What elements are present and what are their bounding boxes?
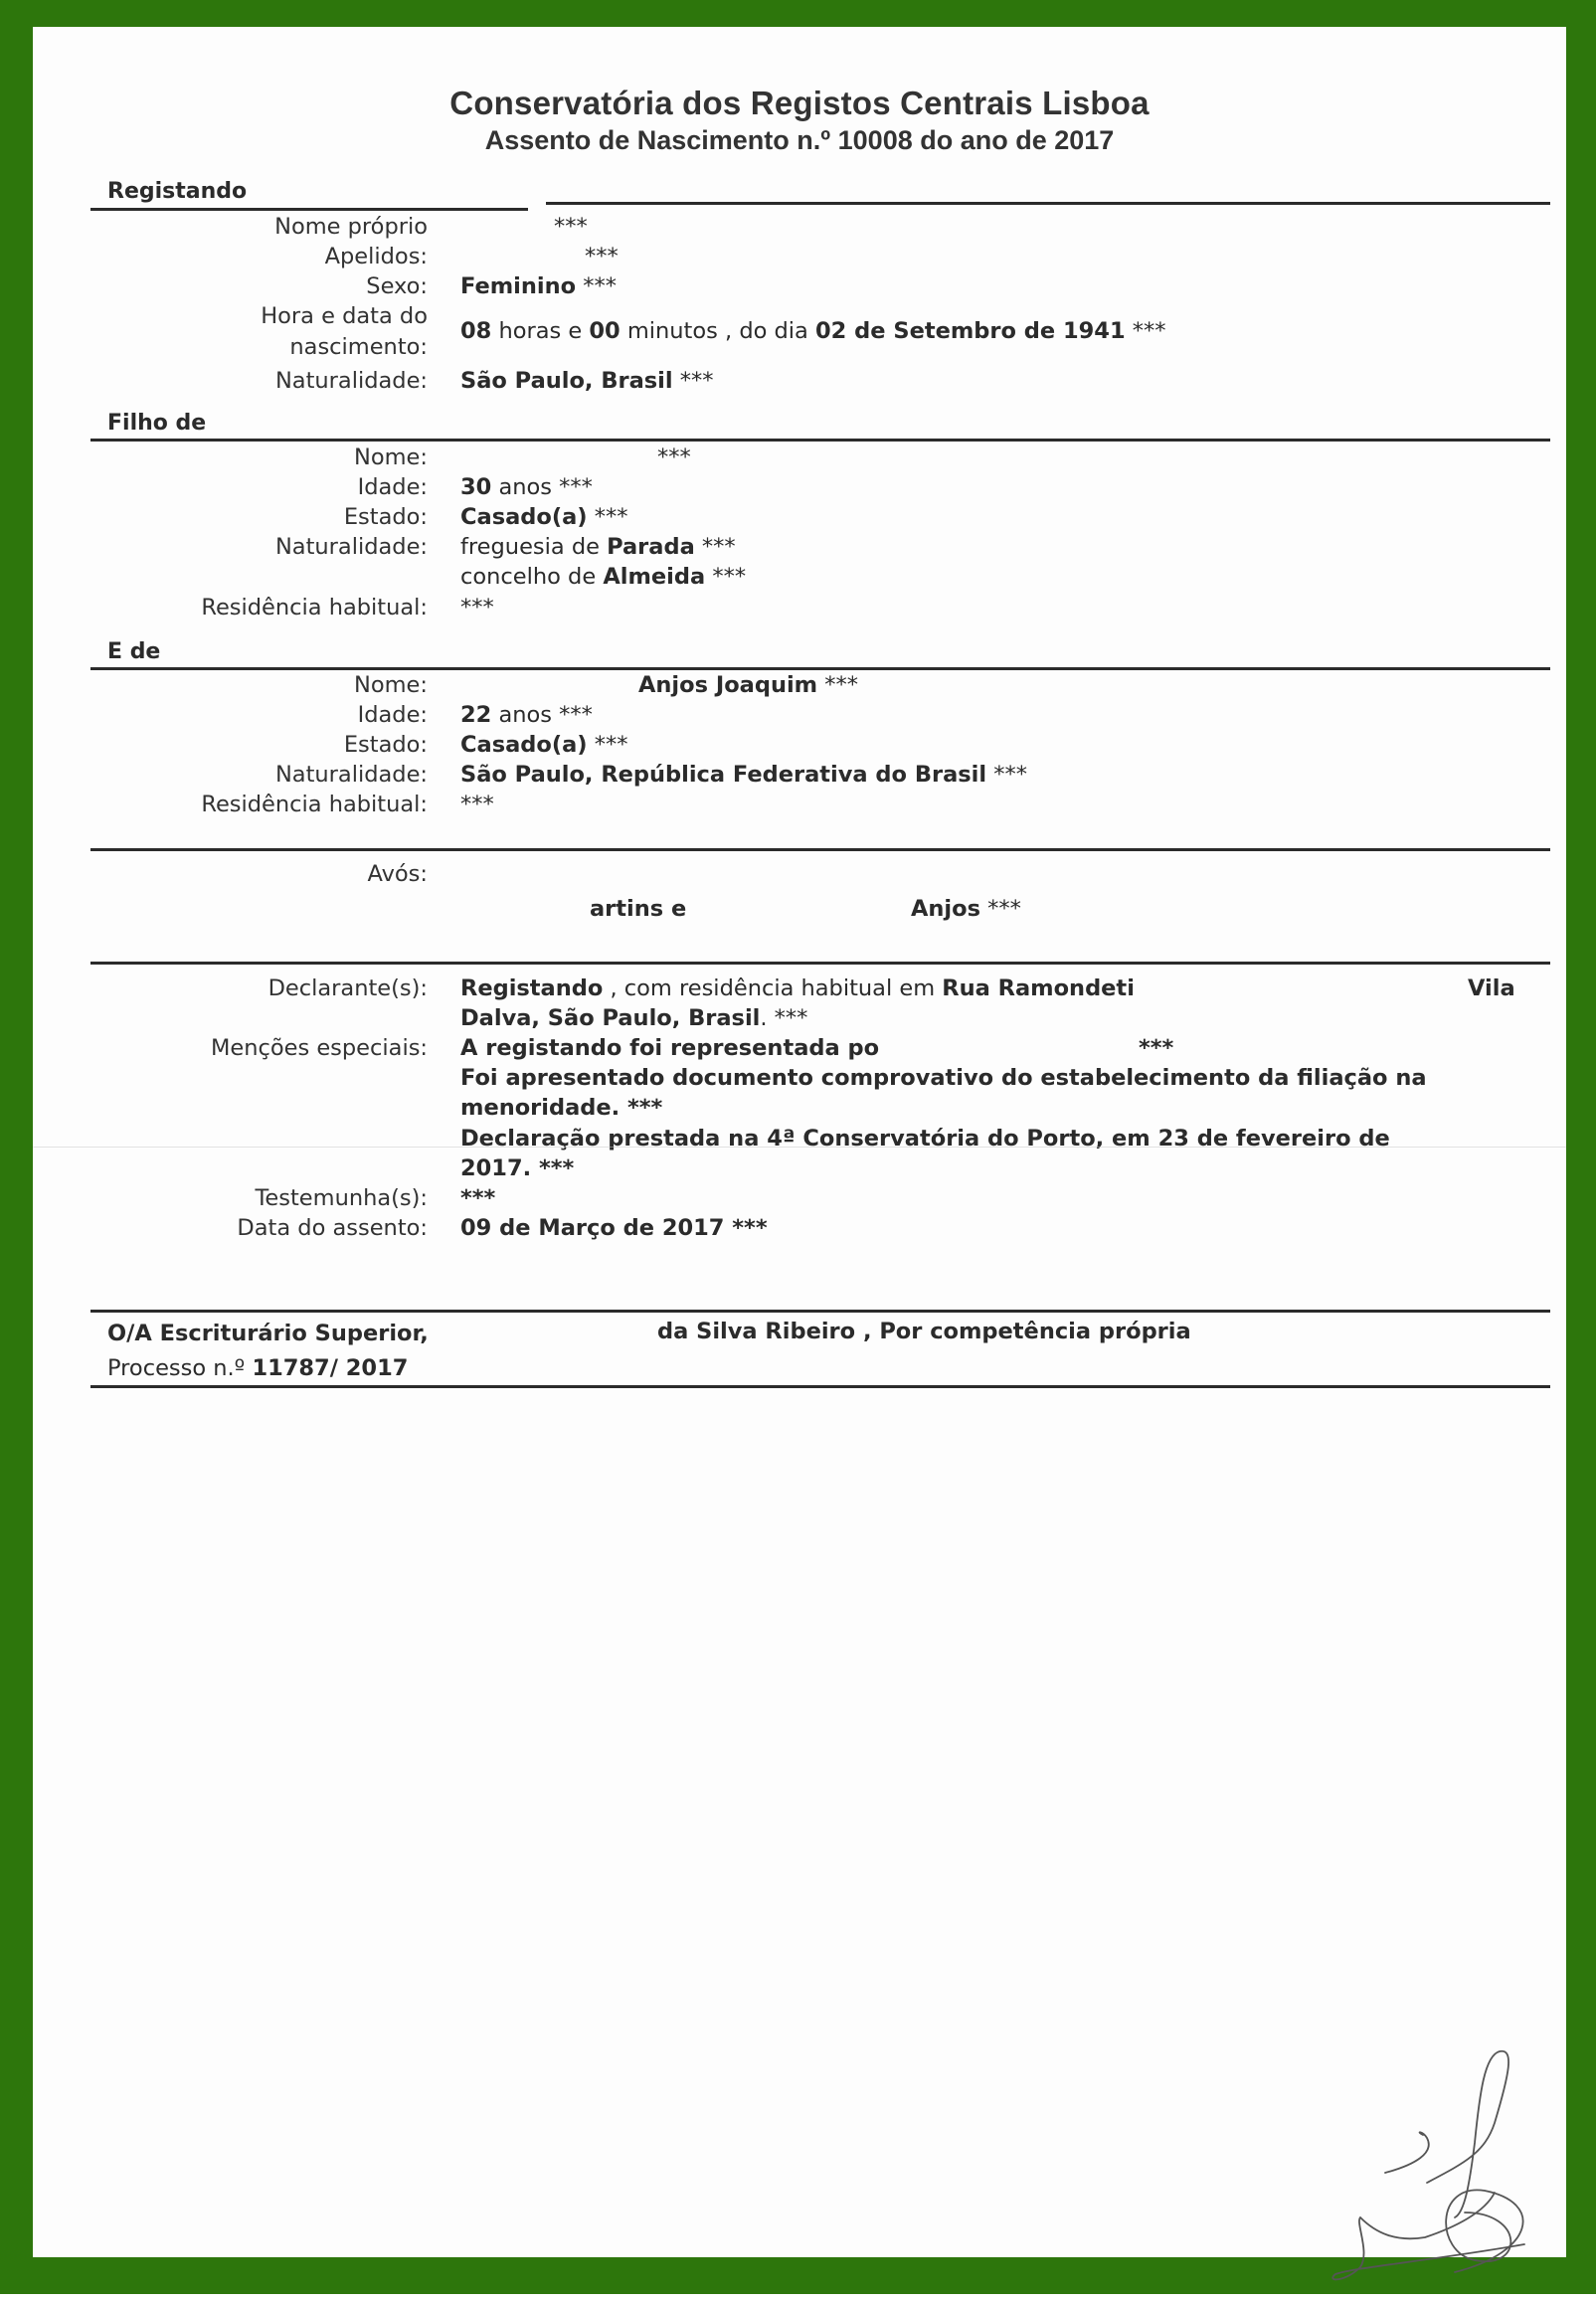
field-value: *** xyxy=(657,443,691,472)
section-rule xyxy=(90,848,1550,851)
section-rule xyxy=(90,208,528,211)
field-label: Declarante(s): xyxy=(268,974,428,1003)
field-value: *** xyxy=(1139,1033,1173,1063)
field-value: 30 anos *** xyxy=(460,472,593,502)
field-label: Estado: xyxy=(344,502,428,532)
field-value: Feminino *** xyxy=(460,271,617,301)
section-rule xyxy=(546,202,1550,205)
field-label: Data do assento: xyxy=(237,1213,428,1243)
field-value: Vila xyxy=(1468,974,1515,1003)
field-label: Menções especiais: xyxy=(211,1033,428,1063)
field-value: Casado(a) *** xyxy=(460,730,628,760)
section-rule xyxy=(90,439,1550,442)
field-value: São Paulo, República Federativa do Brasi… xyxy=(460,760,1027,790)
field-label: Idade: xyxy=(358,700,428,730)
field-value: *** xyxy=(554,212,588,242)
section-heading-registando: Registando xyxy=(107,179,247,204)
field-value: *** xyxy=(460,1183,495,1213)
official-name: da Silva Ribeiro , Por competência própr… xyxy=(657,1319,1191,1344)
field-value: 2017. *** xyxy=(460,1153,574,1183)
section-rule xyxy=(90,1310,1550,1313)
field-label: Naturalidade: xyxy=(275,532,428,562)
field-value: A registando foi representada po xyxy=(460,1033,879,1063)
field-label: Residência habitual: xyxy=(201,790,428,819)
section-rule xyxy=(90,1385,1550,1388)
field-value: 09 de Março de 2017 *** xyxy=(460,1213,768,1243)
field-value: *** xyxy=(460,593,494,622)
field-value: menoridade. *** xyxy=(460,1093,662,1123)
field-label: Avós: xyxy=(368,859,428,889)
official-title: O/A Escriturário Superior, xyxy=(107,1321,429,1346)
field-label: Naturalidade: xyxy=(275,366,428,396)
scan-fold-line xyxy=(33,1147,1566,1148)
field-value: Dalva, São Paulo, Brasil. *** xyxy=(460,1003,807,1033)
signature-icon xyxy=(1316,2014,1554,2302)
field-value: *** xyxy=(585,242,619,271)
document-subtitle: Assento de Nascimento n.º 10008 do ano d… xyxy=(33,125,1566,156)
document-page: Conservatória dos Registos Centrais Lisb… xyxy=(33,27,1566,2257)
document-title: Conservatória dos Registos Centrais Lisb… xyxy=(33,85,1566,122)
field-label: Nome próprio xyxy=(274,212,428,242)
processo-number: Processo n.º 11787/ 2017 xyxy=(107,1355,408,1381)
field-value: concelho de Almeida *** xyxy=(460,562,746,592)
field-value: Registando , com residência habitual em … xyxy=(460,974,1135,1003)
field-value: Declaração prestada na 4ª Conservatória … xyxy=(460,1124,1390,1153)
field-label: Estado: xyxy=(344,730,428,760)
field-value: freguesia de Parada *** xyxy=(460,532,736,562)
field-label: Residência habitual: xyxy=(201,593,428,622)
field-label: Sexo: xyxy=(366,271,428,301)
field-value: Anjos Joaquim *** xyxy=(638,670,858,700)
field-value: Casado(a) *** xyxy=(460,502,628,532)
section-heading-filho-de: Filho de xyxy=(107,411,206,436)
section-heading-e-de: E de xyxy=(107,639,160,664)
field-label: Apelidos: xyxy=(325,242,428,271)
field-label: Hora e data donascimento: xyxy=(261,301,428,363)
field-value: *** xyxy=(460,790,494,819)
field-label: Naturalidade: xyxy=(275,760,428,790)
field-value: Anjos *** xyxy=(911,894,1021,924)
field-label: Testemunha(s): xyxy=(256,1183,429,1213)
field-label: Nome: xyxy=(354,443,428,472)
field-value: São Paulo, Brasil *** xyxy=(460,366,713,396)
field-label: Idade: xyxy=(358,472,428,502)
field-value: 22 anos *** xyxy=(460,700,593,730)
field-value: 08 horas e 00 minutos , do dia 02 de Set… xyxy=(460,316,1166,346)
field-value: Foi apresentado documento comprovativo d… xyxy=(460,1063,1427,1093)
section-rule xyxy=(90,962,1550,965)
field-value: artins e xyxy=(590,894,686,924)
field-label: Nome: xyxy=(354,670,428,700)
